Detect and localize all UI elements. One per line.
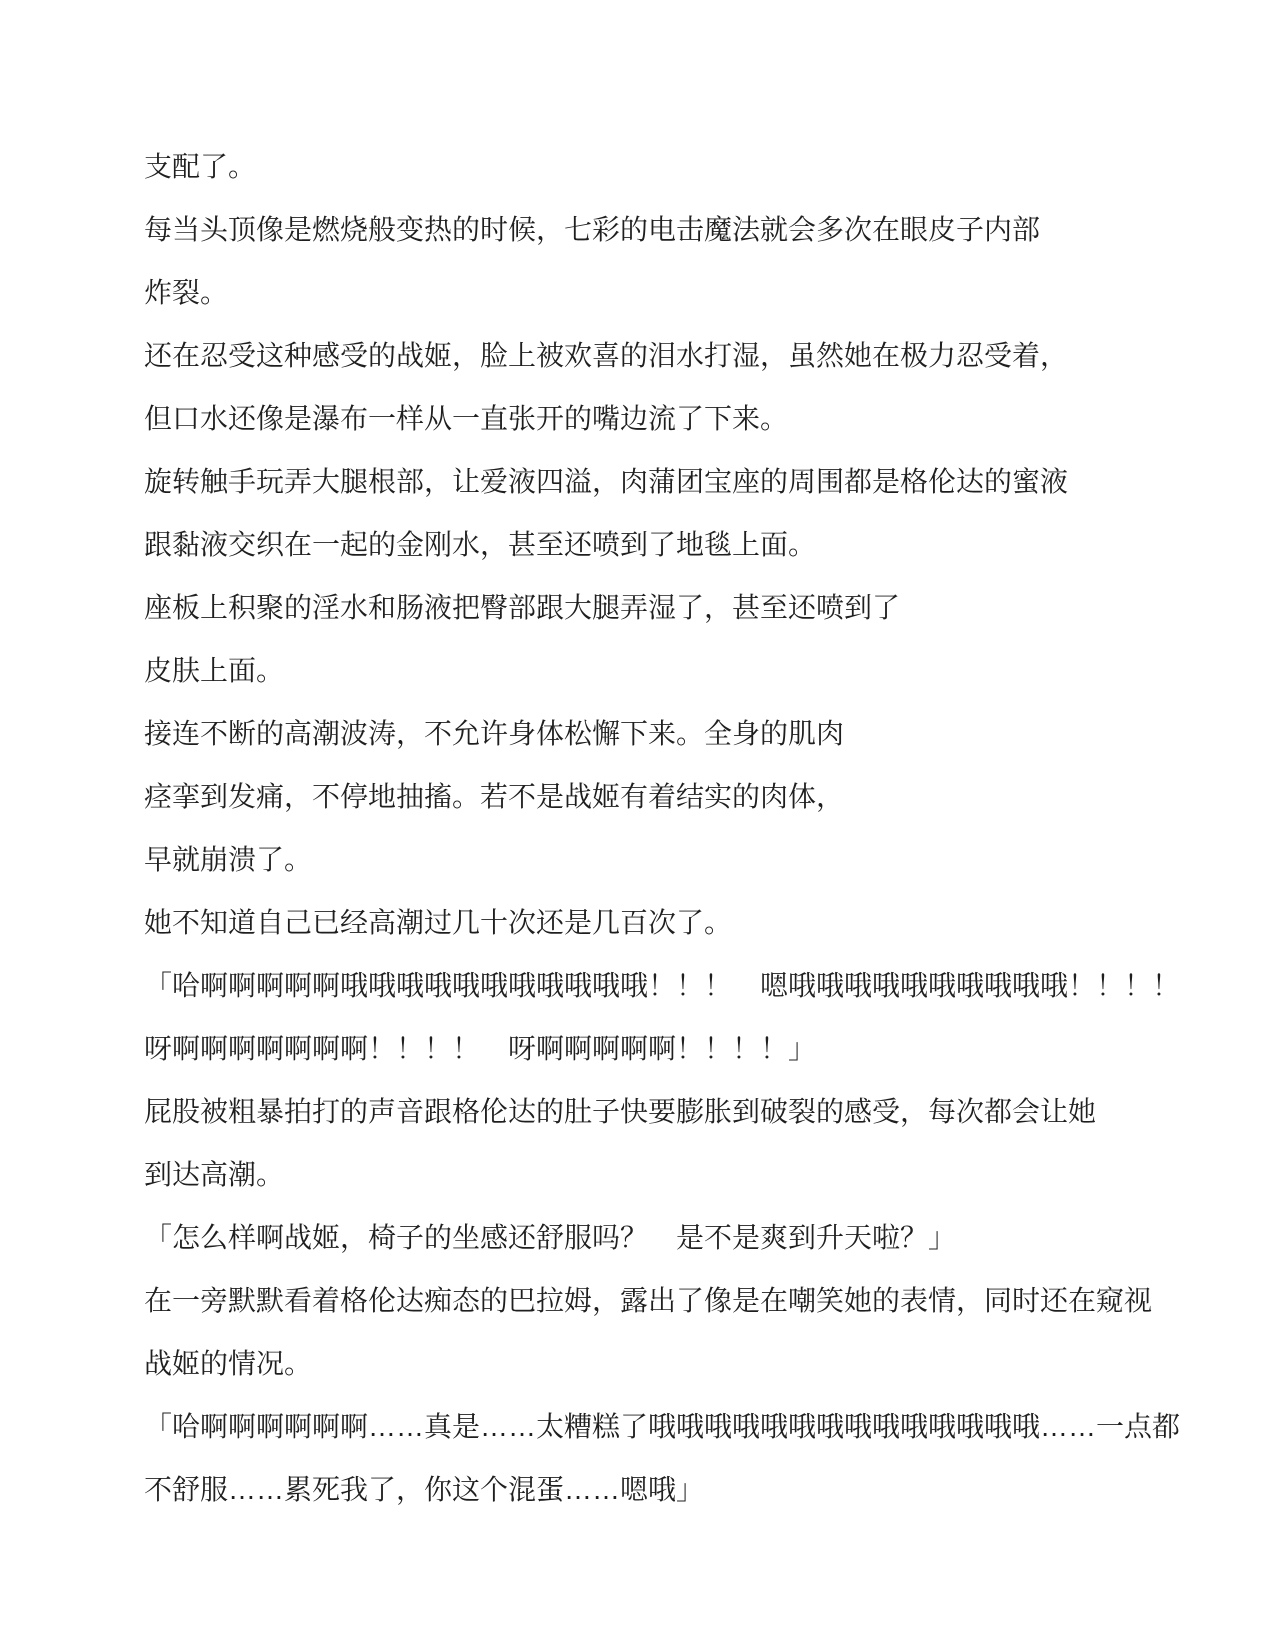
text-line: 战姬的情况。 bbox=[144, 1332, 1195, 1395]
text-line: 还在忍受这种感受的战姬，脸上被欢喜的泪水打湿，虽然她在极力忍受着， bbox=[144, 324, 1195, 387]
text-line: 到达高潮。 bbox=[144, 1143, 1195, 1206]
text-line: 跟黏液交织在一起的金刚水，甚至还喷到了地毯上面。 bbox=[144, 513, 1195, 576]
text-line: 皮肤上面。 bbox=[144, 639, 1195, 702]
text-line: 炸裂。 bbox=[144, 261, 1195, 324]
text-line: 她不知道自己已经高潮过几十次还是几百次了。 bbox=[144, 891, 1195, 954]
text-line: 每当头顶像是燃烧般变热的时候，七彩的电击魔法就会多次在眼皮子内部 bbox=[144, 198, 1195, 261]
text-line: 痉挛到发痛，不停地抽搐。若不是战姬有着结实的肉体， bbox=[144, 765, 1195, 828]
text-line: 座板上积聚的淫水和肠液把臀部跟大腿弄湿了，甚至还喷到了 bbox=[144, 576, 1195, 639]
text-line: 在一旁默默看着格伦达痴态的巴拉姆，露出了像是在嘲笑她的表情，同时还在窥视 bbox=[144, 1269, 1195, 1332]
text-line: 不舒服……累死我了，你这个混蛋……嗯哦」 bbox=[144, 1458, 1195, 1521]
text-line: 但口水还像是瀑布一样从一直张开的嘴边流了下来。 bbox=[144, 387, 1195, 450]
text-line: 「怎么样啊战姬，椅子的坐感还舒服吗？ 是不是爽到升天啦？」 bbox=[144, 1206, 1195, 1269]
text-line: 接连不断的高潮波涛，不允许身体松懈下来。全身的肌肉 bbox=[144, 702, 1195, 765]
text-line: 旋转触手玩弄大腿根部，让爱液四溢，肉蒲团宝座的周围都是格伦达的蜜液 bbox=[144, 450, 1195, 513]
document-text-block: 支配了。 每当头顶像是燃烧般变热的时候，七彩的电击魔法就会多次在眼皮子内部 炸裂… bbox=[144, 135, 1195, 1521]
text-line: 支配了。 bbox=[144, 135, 1195, 198]
document-page: 支配了。 每当头顶像是燃烧般变热的时候，七彩的电击魔法就会多次在眼皮子内部 炸裂… bbox=[0, 0, 1275, 1650]
text-line: 呀啊啊啊啊啊啊啊！！！！ 呀啊啊啊啊啊！！！！」 bbox=[144, 1017, 1195, 1080]
text-line: 「哈啊啊啊啊啊啊……真是……太糟糕了哦哦哦哦哦哦哦哦哦哦哦哦哦哦……一点都 bbox=[144, 1395, 1195, 1458]
text-line: 「哈啊啊啊啊啊哦哦哦哦哦哦哦哦哦哦哦！！！ 嗯哦哦哦哦哦哦哦哦哦哦！！！！ bbox=[144, 954, 1195, 1017]
text-line: 早就崩溃了。 bbox=[144, 828, 1195, 891]
text-line: 屁股被粗暴拍打的声音跟格伦达的肚子快要膨胀到破裂的感受，每次都会让她 bbox=[144, 1080, 1195, 1143]
